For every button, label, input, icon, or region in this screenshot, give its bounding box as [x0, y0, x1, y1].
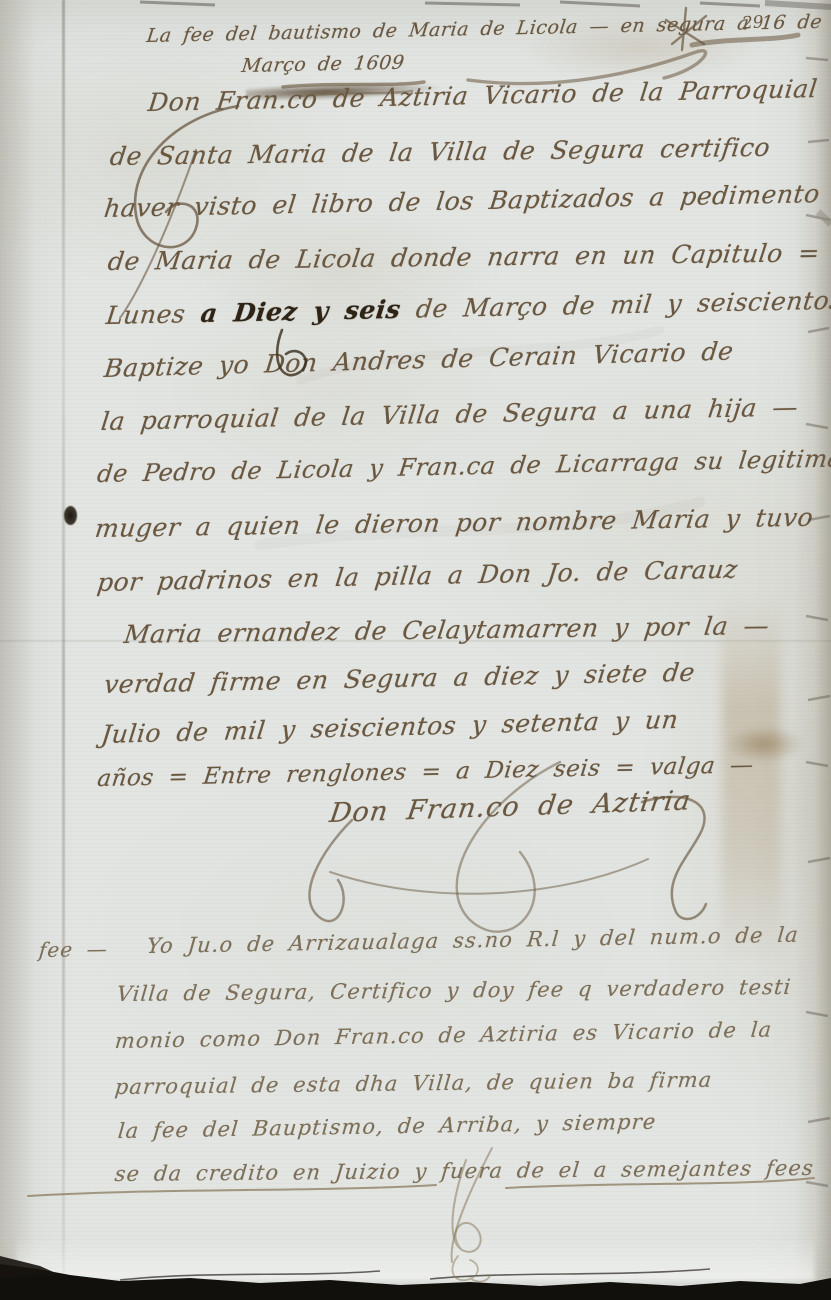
- binding-edge: [0, 0, 36, 1300]
- record-line: verdad firme en Segura a diez y siete de: [103, 658, 697, 699]
- vicar-signature: Don Fran.co de Aztiria: [328, 785, 694, 829]
- attestation-line: la fee del Bauptismo, de Arriba, y siemp…: [117, 1110, 658, 1143]
- paper-hole: [64, 506, 77, 525]
- vertical-fold-crease: [62, 0, 65, 1300]
- attestation-line: se da credito en Juizio y fuera de el a …: [114, 1156, 815, 1186]
- attestation-line: Villa de Segura, Certifico y doy fee q v…: [116, 975, 793, 1006]
- valga-flourish: [457, 762, 560, 932]
- header-date-line: Março de 1609: [240, 52, 405, 77]
- record-line-text: Lunes: [105, 299, 203, 330]
- signature-descender: [309, 820, 352, 921]
- attestation-line: monio como Don Fran.co de Aztiria es Vic…: [114, 1018, 773, 1053]
- record-line: muger a quien le dieron por nombre Maria…: [93, 503, 815, 543]
- record-line: Baptize yo Don Andres de Cerain Vicario …: [103, 336, 735, 382]
- record-line: de Santa Maria de la Villa de Segura cer…: [108, 133, 772, 171]
- paper-highlight: [16, 1236, 814, 1280]
- interlined-correction: a Diez y seis: [199, 295, 402, 328]
- record-line: Julio de mil y seiscientos y setenta y u…: [100, 705, 680, 749]
- attestation-line: parroquial de esta dha Villa, de quien b…: [114, 1068, 714, 1099]
- record-line: por padrinos en la pilla a Don Jo. de Ca…: [96, 555, 740, 597]
- attestation-underline-left: [28, 1185, 436, 1196]
- top-edge-marks: [140, 2, 831, 7]
- attestation-line: Yo Ju.o de Arrizaualaga ss.no R.l y del …: [146, 923, 800, 958]
- signature-underline: [330, 859, 648, 894]
- water-stain: [722, 598, 780, 962]
- record-line: Don Fran.co de Aztiria Vicario de la Par…: [147, 74, 820, 117]
- margin-note: fee —: [38, 937, 109, 962]
- record-line: la parroquial de la Villa de Segura a un…: [100, 392, 800, 436]
- record-line: Maria ernandez de Celaytamarren y por la…: [122, 611, 771, 649]
- manuscript-page: 29 La fee del bautismo de Maria de Licol…: [0, 0, 831, 1300]
- record-line: de Pedro de Licola y Fran.ca de Licarrag…: [96, 444, 831, 488]
